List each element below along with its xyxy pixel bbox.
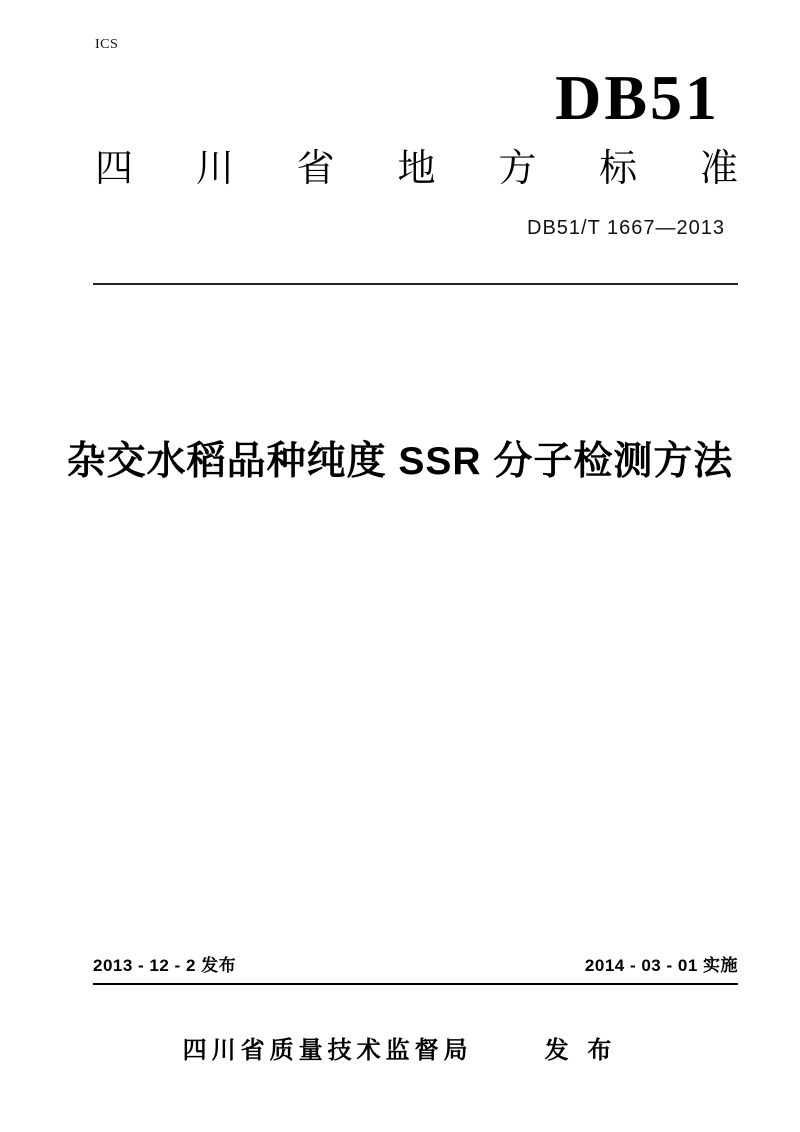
publisher-name: 四川省质量技术监督局 [183,1030,473,1065]
standard-type-heading: 四川省地方标准 [95,148,738,192]
dates-rule-row: 2013 - 12 - 2 发布 2014 - 03 - 01 实施 [93,951,738,985]
standard-number: DB51/T 1667—2013 [527,217,725,240]
publish-label: 发 布 [545,1030,618,1065]
standard-cover-page: ICS DB51 四川省地方标准 DB51/T 1667—2013 杂交水稻品种… [0,0,800,1132]
header-divider-rule [93,283,738,285]
db51-logo: DB51 [555,66,720,130]
issue-date: 2013 - 12 - 2 发布 [93,951,236,976]
ics-label: ICS [95,37,118,53]
document-title: 杂交水稻品种纯度 SSR 分子检测方法 [0,430,800,486]
implementation-date: 2014 - 03 - 01 实施 [585,951,738,976]
publisher-row: 四川省质量技术监督局 发 布 [0,1030,800,1065]
